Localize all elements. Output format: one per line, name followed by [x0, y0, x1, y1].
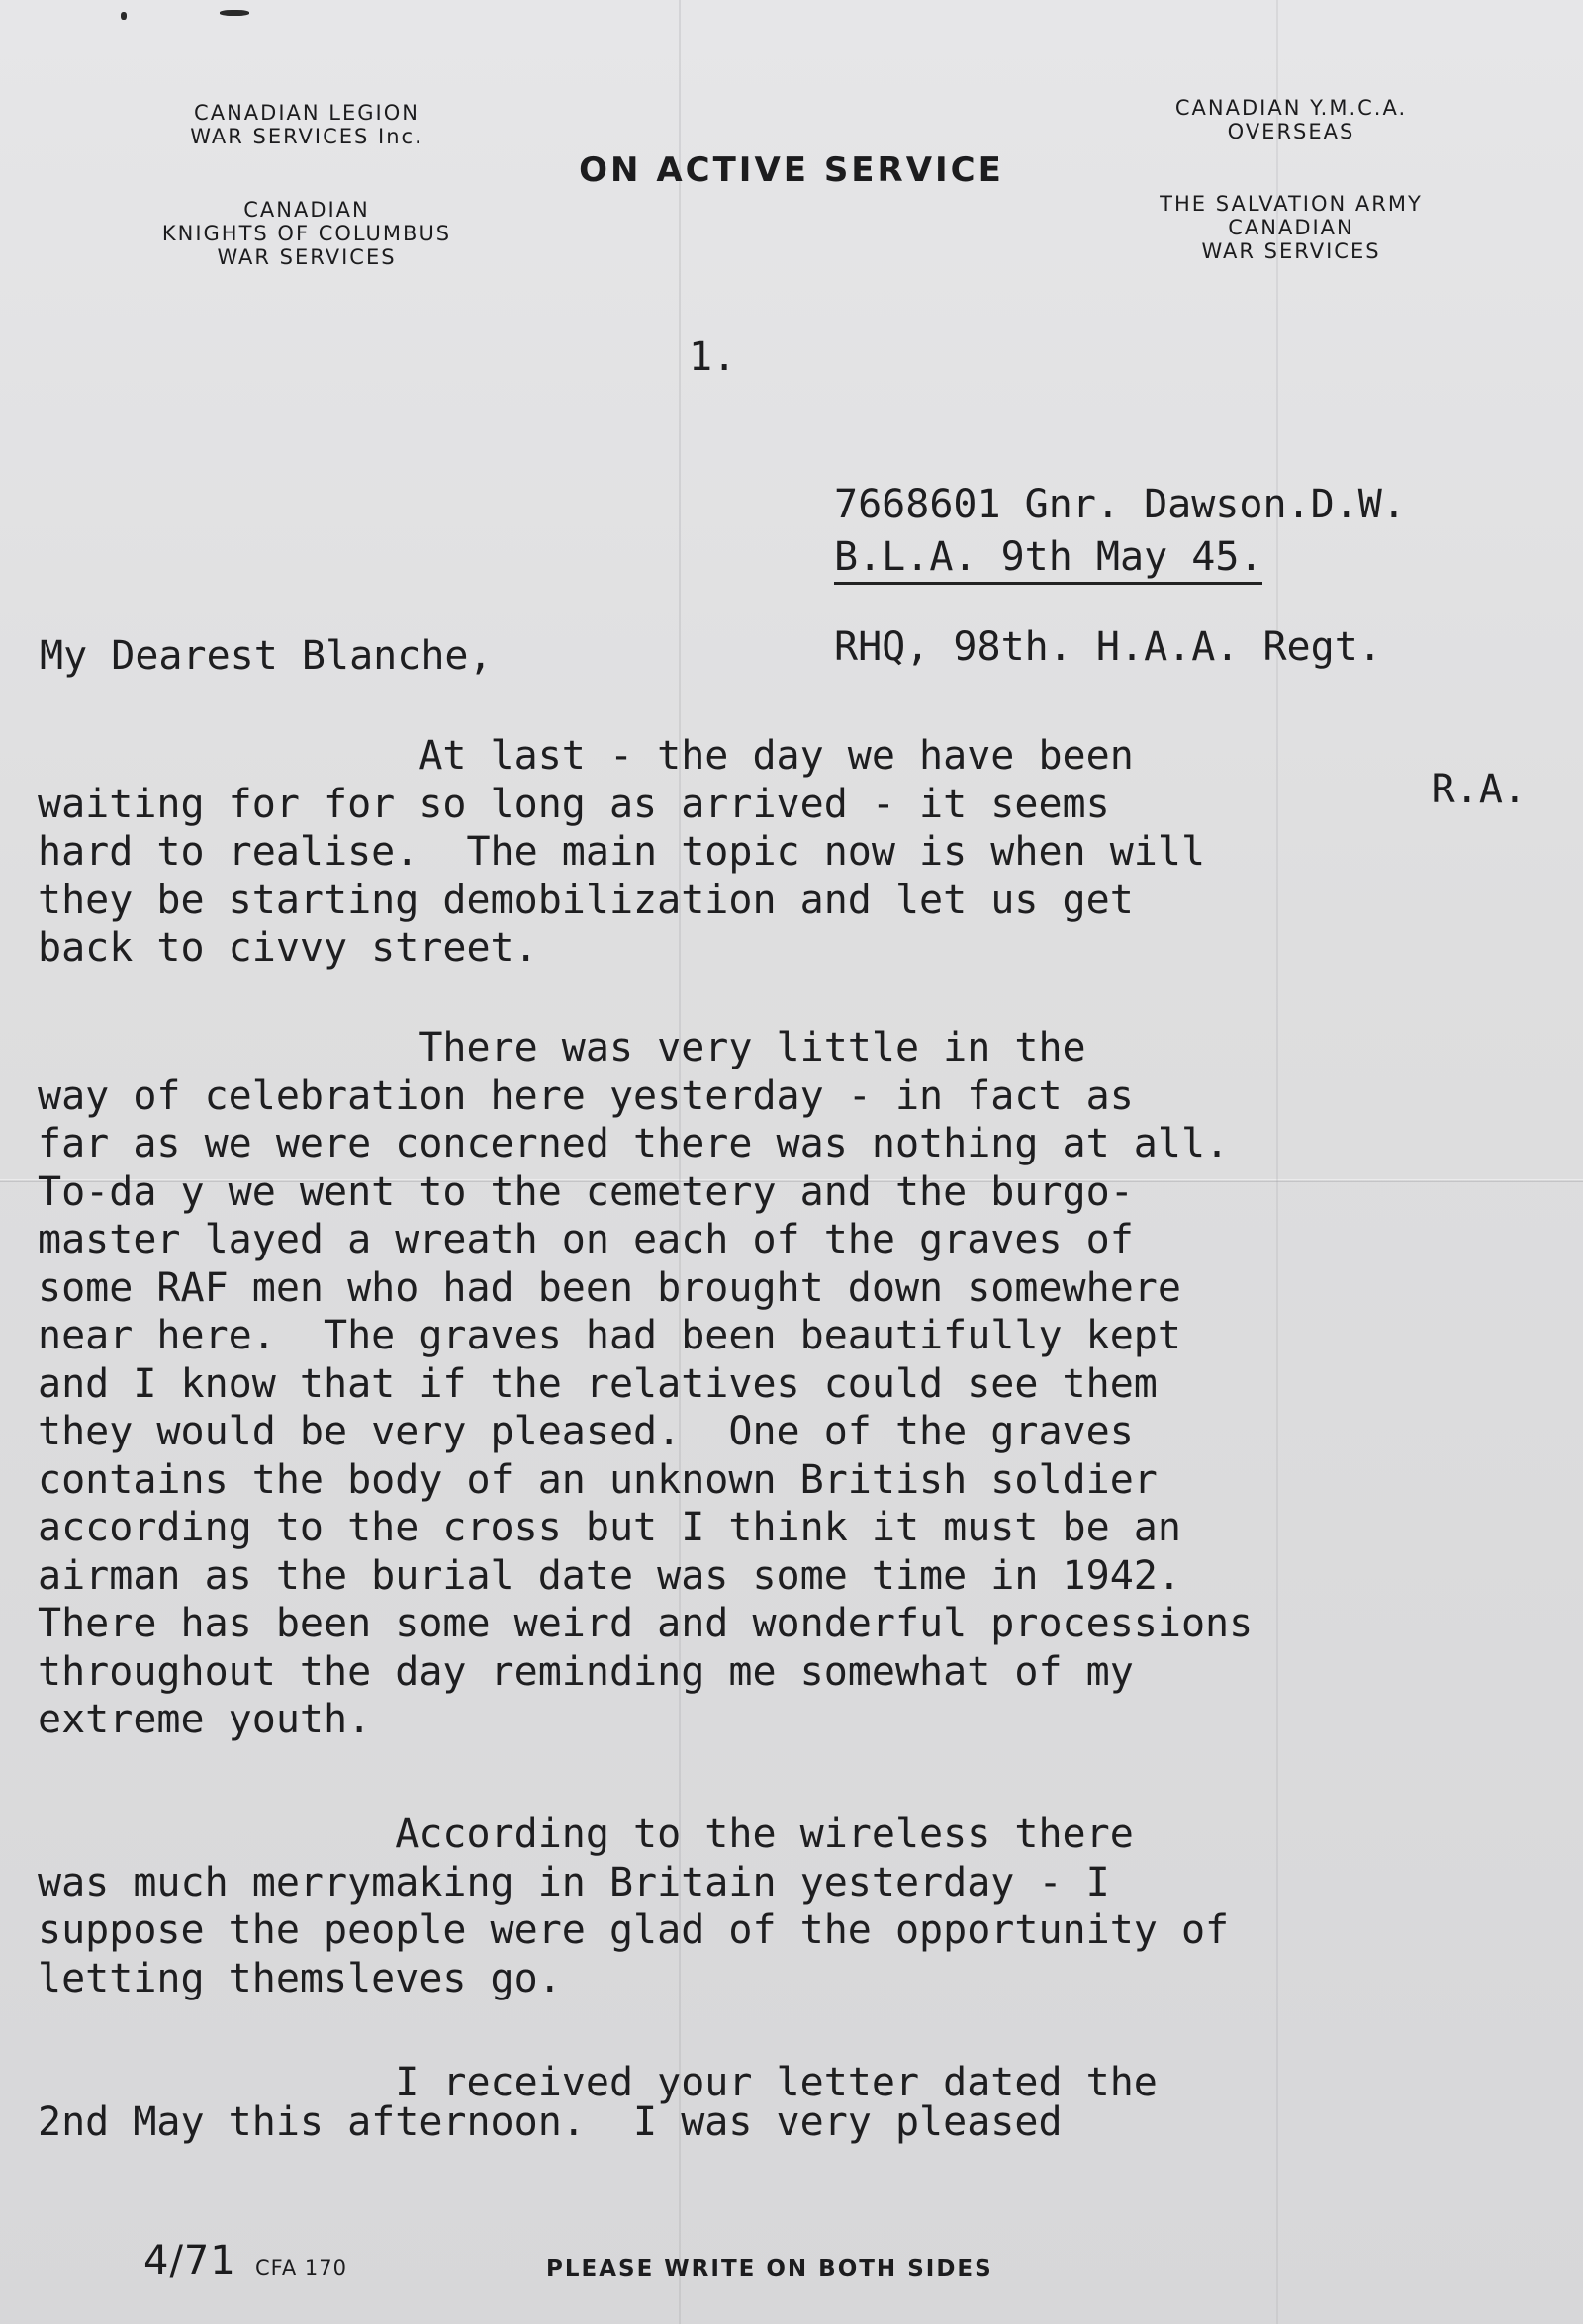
letter-date: B.L.A. 9th May 45. — [834, 534, 1262, 585]
typed-line: suppose the people were glad of the oppo… — [38, 1906, 1561, 1955]
typed-line: near here. The graves had been beautiful… — [38, 1312, 1561, 1360]
letterhead-line: WAR SERVICES — [1098, 239, 1484, 263]
letterhead-line: CANADIAN LEGION — [119, 101, 495, 125]
letterhead-line: KNIGHTS OF COLUMBUS — [119, 222, 495, 245]
letterhead-line: CANADIAN Y.M.C.A. — [1098, 96, 1484, 120]
salutation: My Dearest Blanche, — [40, 633, 493, 679]
typed-line: hard to realise. The main topic now is w… — [38, 828, 1561, 877]
typed-line: 2nd May this afternoon. I was very pleas… — [38, 2102, 1561, 2142]
paragraph: At last - the day we have beenwaiting fo… — [38, 732, 1561, 973]
typed-line: back to civvy street. — [38, 924, 1561, 973]
typed-line: letting themsleves go. — [38, 1955, 1561, 2003]
form-code: CFA 170 — [255, 2256, 347, 2279]
letterhead-line: WAR SERVICES — [119, 245, 495, 269]
ink-speck — [220, 10, 249, 16]
letterhead-title: ON ACTIVE SERVICE — [534, 150, 1049, 190]
letterhead-salvation-army: THE SALVATION ARMY CANADIAN WAR SERVICES — [1098, 192, 1484, 263]
letterhead-line: CANADIAN — [119, 198, 495, 222]
footer-note: PLEASE WRITE ON BOTH SIDES — [546, 2256, 993, 2281]
typed-line: There was very little in the — [38, 1024, 1561, 1072]
paragraph: According to the wireless therewas much … — [38, 1811, 1561, 2002]
typed-line: they be starting demobilization and let … — [38, 877, 1561, 925]
letterhead-line: CANADIAN — [1098, 216, 1484, 239]
letterhead-line: OVERSEAS — [1098, 120, 1484, 143]
ink-speck — [121, 12, 127, 20]
typed-line: far as we were concerned there was nothi… — [38, 1120, 1561, 1168]
typed-line: they would be very pleased. One of the g… — [38, 1408, 1561, 1456]
typed-line: To-da y we went to the cemetery and the … — [38, 1168, 1561, 1217]
typed-line: throughout the day reminding me somewhat… — [38, 1648, 1561, 1697]
letterhead-knights-of-columbus: CANADIAN KNIGHTS OF COLUMBUS WAR SERVICE… — [119, 198, 495, 269]
typed-line: some RAF men who had been brought down s… — [38, 1264, 1561, 1313]
sender-line: RHQ, 98th. H.A.A. Regt. — [834, 623, 1527, 671]
typed-line: according to the cross but I think it mu… — [38, 1504, 1561, 1552]
sender-line: 7668601 Gnr. Dawson.D.W. — [834, 481, 1527, 528]
letterhead-ymca: CANADIAN Y.M.C.A. OVERSEAS — [1098, 96, 1484, 143]
typed-line: According to the wireless there — [38, 1811, 1561, 1859]
typed-line: At last - the day we have been — [38, 732, 1561, 781]
letterhead-line: WAR SERVICES Inc. — [119, 125, 495, 148]
typed-line: waiting for for so long as arrived - it … — [38, 781, 1561, 829]
paragraph: I received your letter dated the2nd May … — [38, 2063, 1561, 2142]
letterhead-line: THE SALVATION ARMY — [1098, 192, 1484, 216]
letter-sheet: CANADIAN LEGION WAR SERVICES Inc. CANADI… — [0, 0, 1583, 2324]
form-number: 4/71 — [143, 2238, 236, 2283]
typed-line: extreme youth. — [38, 1696, 1561, 1744]
typed-line: master layed a wreath on each of the gra… — [38, 1216, 1561, 1264]
typed-line: There has been some weird and wonderful … — [38, 1600, 1561, 1648]
paragraph: There was very little in theway of celeb… — [38, 1024, 1561, 1744]
typed-line: contains the body of an unknown British … — [38, 1456, 1561, 1505]
typed-line: was much merrymaking in Britain yesterda… — [38, 1859, 1561, 1907]
page-number: 1. — [689, 334, 736, 380]
typed-line: I received your letter dated the — [38, 2063, 1561, 2102]
typed-line: airman as the burial date was some time … — [38, 1552, 1561, 1601]
letterhead-legion: CANADIAN LEGION WAR SERVICES Inc. — [119, 101, 495, 148]
typed-line: way of celebration here yesterday - in f… — [38, 1072, 1561, 1121]
typed-line: and I know that if the relatives could s… — [38, 1360, 1561, 1409]
